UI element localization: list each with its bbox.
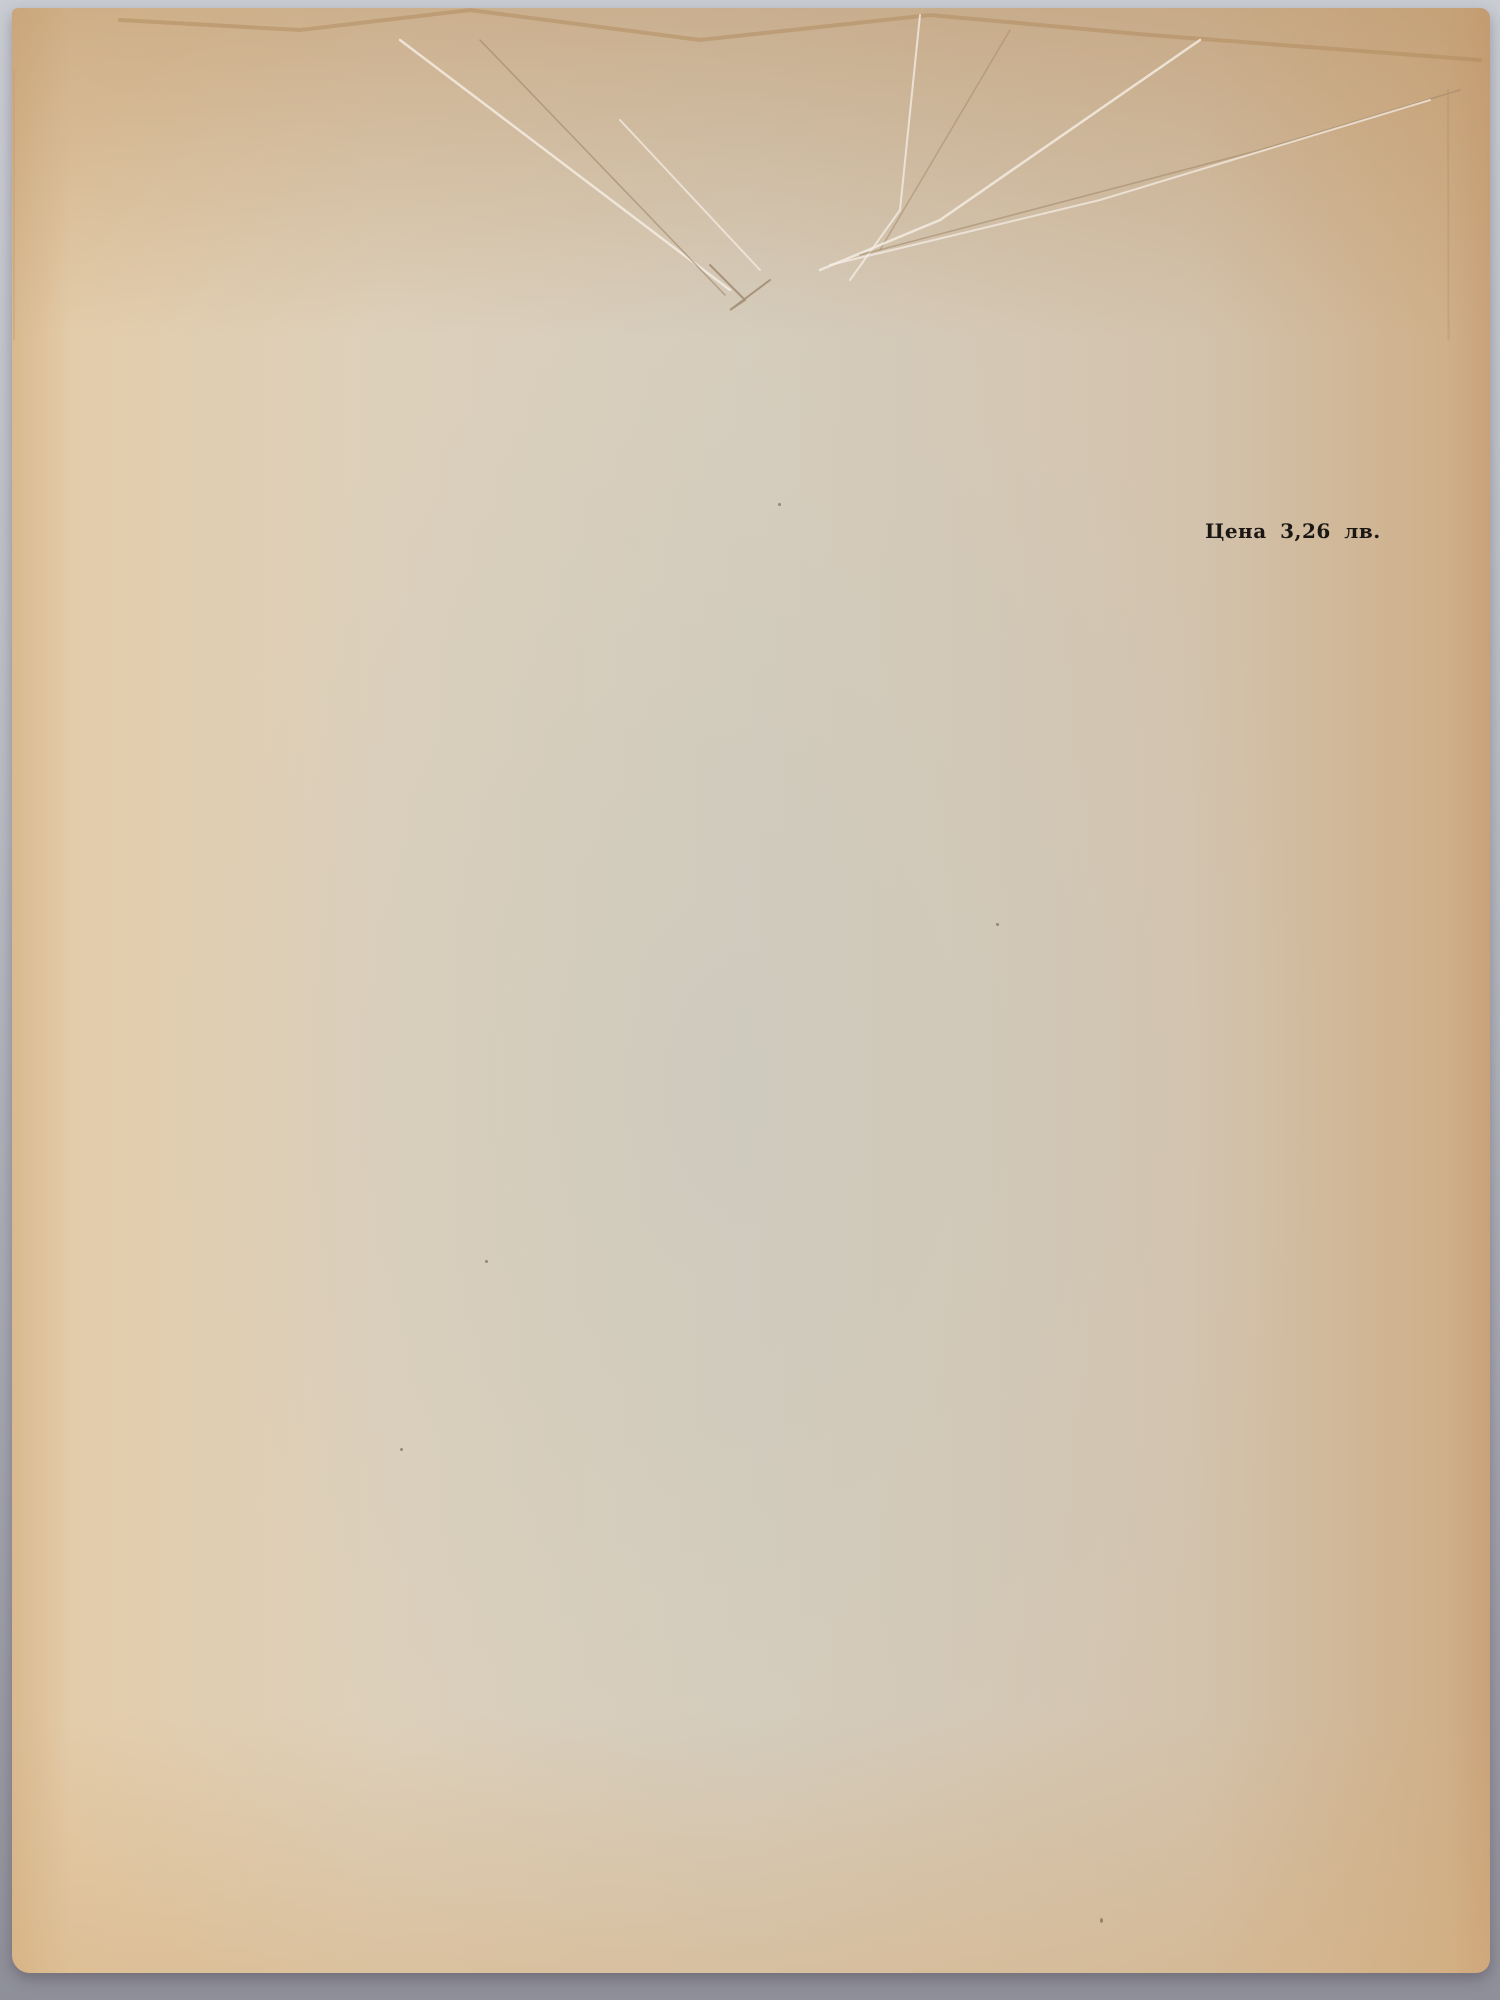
paper-speck <box>1100 1918 1103 1923</box>
fold-creases <box>0 0 1500 340</box>
paper-speck <box>778 503 781 506</box>
paper-speck <box>400 1448 403 1451</box>
paper-speck <box>485 1260 488 1263</box>
price-label: Цена 3,26 лв. <box>1205 519 1381 543</box>
paper-speck <box>996 923 999 926</box>
